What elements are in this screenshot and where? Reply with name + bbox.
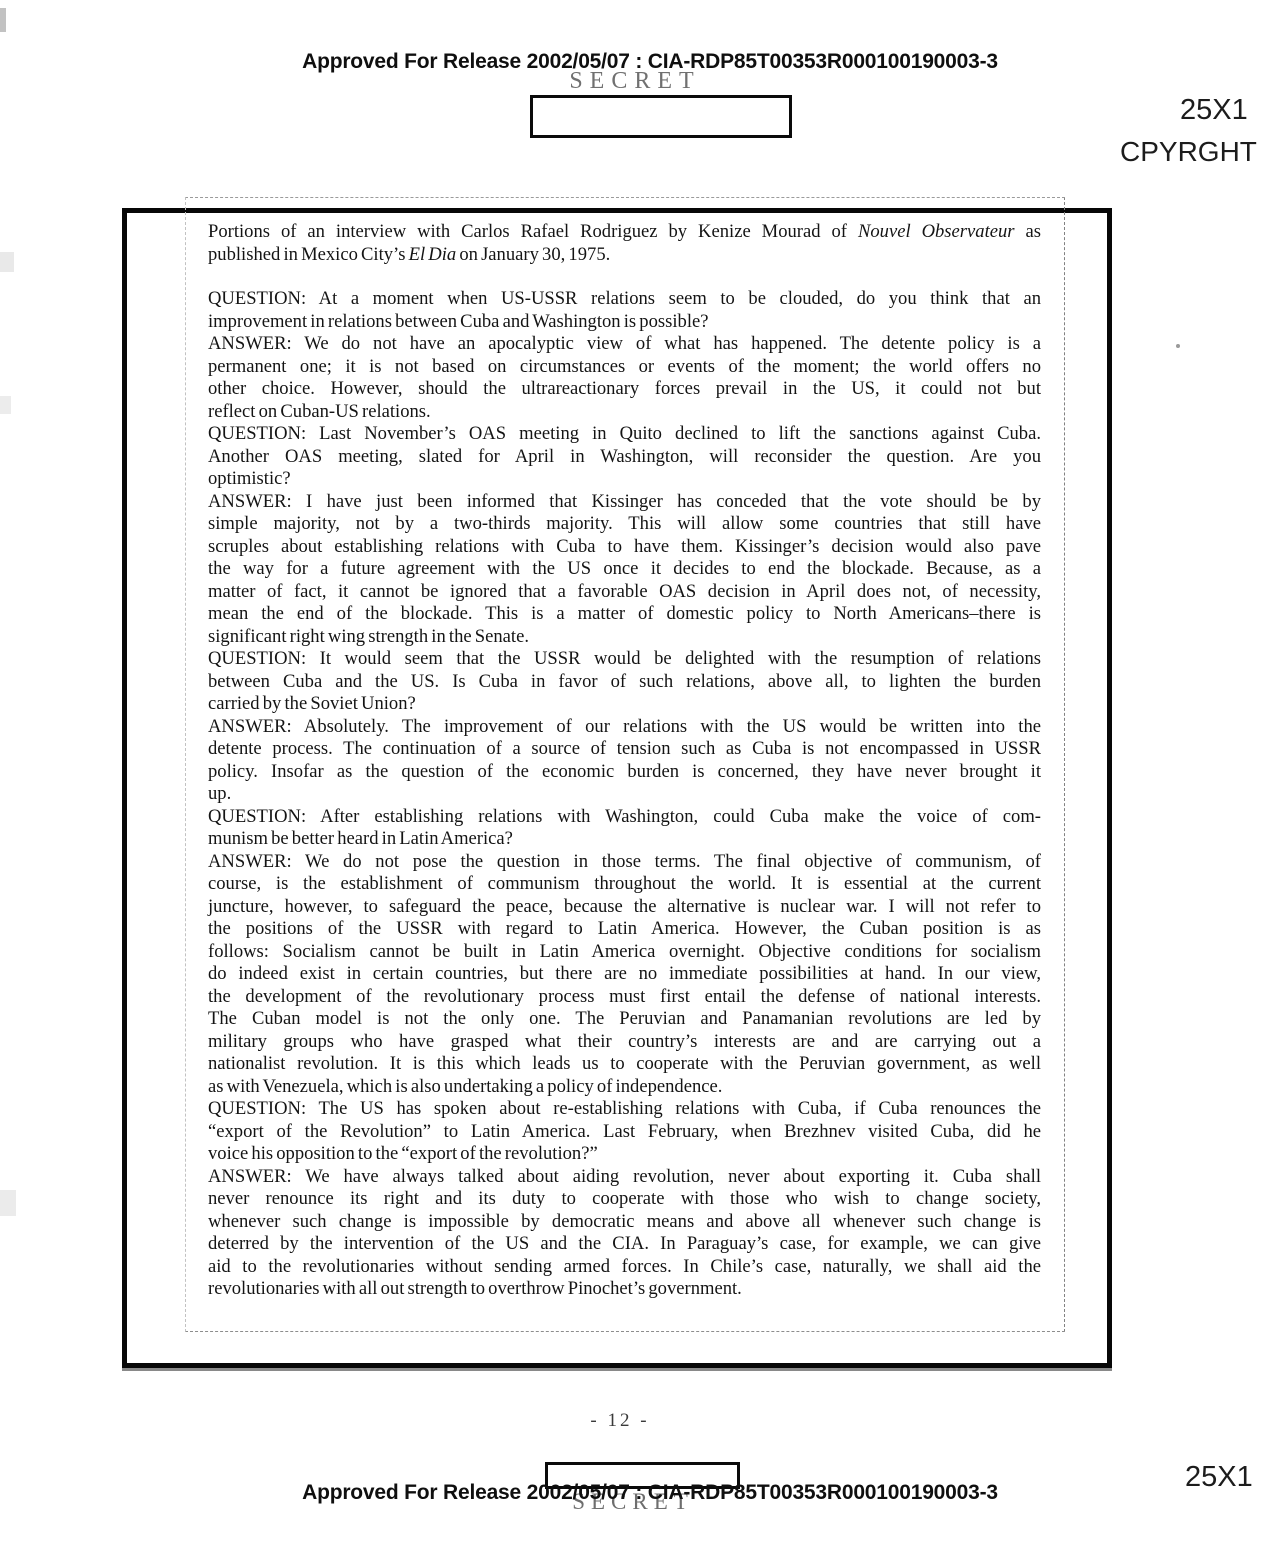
question-1: QUESTION: At a moment when US-USSR relat… xyxy=(208,288,1041,333)
text-line: the development of the revolutionary pro… xyxy=(208,986,1041,1009)
text-line: nationalist revolution. It is this which… xyxy=(208,1053,1041,1076)
text-line: do indeed exist in certain countries, bu… xyxy=(208,963,1041,986)
answer-3: ANSWER: Absolutely. The improvement of o… xyxy=(208,716,1041,806)
text-line: optimistic? xyxy=(208,468,1041,491)
intro-paragraph: Portions of an interview with Carlos Raf… xyxy=(208,221,1041,266)
text-line: detente process. The continuation of a s… xyxy=(208,738,1041,761)
footer-25x1-marking: 25X1 xyxy=(1185,1461,1253,1494)
text-line: the positions of the USSR with regard to… xyxy=(208,918,1041,941)
photocopy-artifact xyxy=(0,396,11,414)
text-line: follows: Socialism cannot be built in La… xyxy=(208,941,1041,964)
text-line: the way for a future agreement with the … xyxy=(208,558,1041,581)
document-page: Approved For Release 2002/05/07 : CIA-RD… xyxy=(0,0,1280,1561)
answer-2: ANSWER: I have just been informed that K… xyxy=(208,491,1041,649)
text-line: ANSWER: I have just been informed that K… xyxy=(208,491,1041,514)
text-line: deterred by the intervention of the US a… xyxy=(208,1233,1041,1256)
text-line: mean the end of the blockade. This is a … xyxy=(208,603,1041,626)
text-line: QUESTION: The US has spoken about re-est… xyxy=(208,1098,1041,1121)
text-line: QUESTION: It would seem that the USSR wo… xyxy=(208,648,1041,671)
photocopy-artifact xyxy=(0,8,6,32)
text-line: between Cuba and the US. Is Cuba in favo… xyxy=(208,671,1041,694)
text-line: QUESTION: After establishing relations w… xyxy=(208,806,1041,829)
header-redaction-box xyxy=(530,95,792,138)
text-line: published in Mexico City’s El Dia on Jan… xyxy=(208,244,1041,267)
text-line: course, is the establishment of communis… xyxy=(208,873,1041,896)
text-line: reflect on Cuban-US relations. xyxy=(208,401,1041,424)
footer-release-line: Approved For Release 2002/05/07 : CIA-RD… xyxy=(250,1481,1050,1505)
text-line: carried by the Soviet Union? xyxy=(208,693,1041,716)
text-line: ANSWER: We do not have an apocalyptic vi… xyxy=(208,333,1041,356)
header-secret-stamp: SECRET xyxy=(560,68,710,95)
text-line: The Cuban model is not the only one. The… xyxy=(208,1008,1041,1031)
text-line: improvement in relations between Cuba an… xyxy=(208,311,1041,334)
question-2: QUESTION: Last November’s OAS meeting in… xyxy=(208,423,1041,491)
photocopy-artifact xyxy=(1176,344,1180,348)
text-line: munism be better heard in Latin America? xyxy=(208,828,1041,851)
text-line: matter of fact, it cannot be ignored tha… xyxy=(208,581,1041,604)
header-25x1-marking: 25X1 xyxy=(1180,94,1248,127)
text-line: aid to the revolutionaries without sendi… xyxy=(208,1256,1041,1279)
question-4: QUESTION: After establishing relations w… xyxy=(208,806,1041,851)
question-5: QUESTION: The US has spoken about re-est… xyxy=(208,1098,1041,1166)
question-3: QUESTION: It would seem that the USSR wo… xyxy=(208,648,1041,716)
answer-4: ANSWER: We do not pose the question in t… xyxy=(208,851,1041,1099)
page-number: - 12 - xyxy=(320,1410,920,1432)
answer-1: ANSWER: We do not have an apocalyptic vi… xyxy=(208,333,1041,423)
text-line: as with Venezuela, which is also underta… xyxy=(208,1076,1041,1099)
text-line: “export of the Revolution” to Latin Amer… xyxy=(208,1121,1041,1144)
text-line: permanent one; it is not based on circum… xyxy=(208,356,1041,379)
header-cpyrght-marking: CPYRGHT xyxy=(1120,136,1257,168)
text-line: Another OAS meeting, slated for April in… xyxy=(208,446,1041,469)
document-body: Portions of an interview with Carlos Raf… xyxy=(208,221,1041,1301)
text-line: significant right wing strength in the S… xyxy=(208,626,1041,649)
text-line: up. xyxy=(208,783,1041,806)
text-line: ANSWER: We do not pose the question in t… xyxy=(208,851,1041,874)
text-line: policy. Insofar as the question of the e… xyxy=(208,761,1041,784)
text-line: scruples about establishing relations wi… xyxy=(208,536,1041,559)
answer-5: ANSWER: We have always talked about aidi… xyxy=(208,1166,1041,1301)
text-line: QUESTION: At a moment when US-USSR relat… xyxy=(208,288,1041,311)
text-line: ANSWER: We have always talked about aidi… xyxy=(208,1166,1041,1189)
text-line: simple majority, not by a two-thirds maj… xyxy=(208,513,1041,536)
text-line: Portions of an interview with Carlos Raf… xyxy=(208,221,1041,244)
photocopy-artifact xyxy=(0,252,14,272)
text-line: QUESTION: Last November’s OAS meeting in… xyxy=(208,423,1041,446)
text-line: whenever such change is impossible by de… xyxy=(208,1211,1041,1234)
text-line: revolutionaries with all out strength to… xyxy=(208,1278,1041,1301)
text-line: military groups who have grasped what th… xyxy=(208,1031,1041,1054)
text-line: never renounce its right and its duty to… xyxy=(208,1188,1041,1211)
text-line: voice his opposition to the “export of t… xyxy=(208,1143,1041,1166)
photocopy-artifact xyxy=(0,1190,16,1216)
text-line: juncture, however, to safeguard the peac… xyxy=(208,896,1041,919)
text-line: ANSWER: Absolutely. The improvement of o… xyxy=(208,716,1041,739)
text-line: other choice. However, should the ultrar… xyxy=(208,378,1041,401)
